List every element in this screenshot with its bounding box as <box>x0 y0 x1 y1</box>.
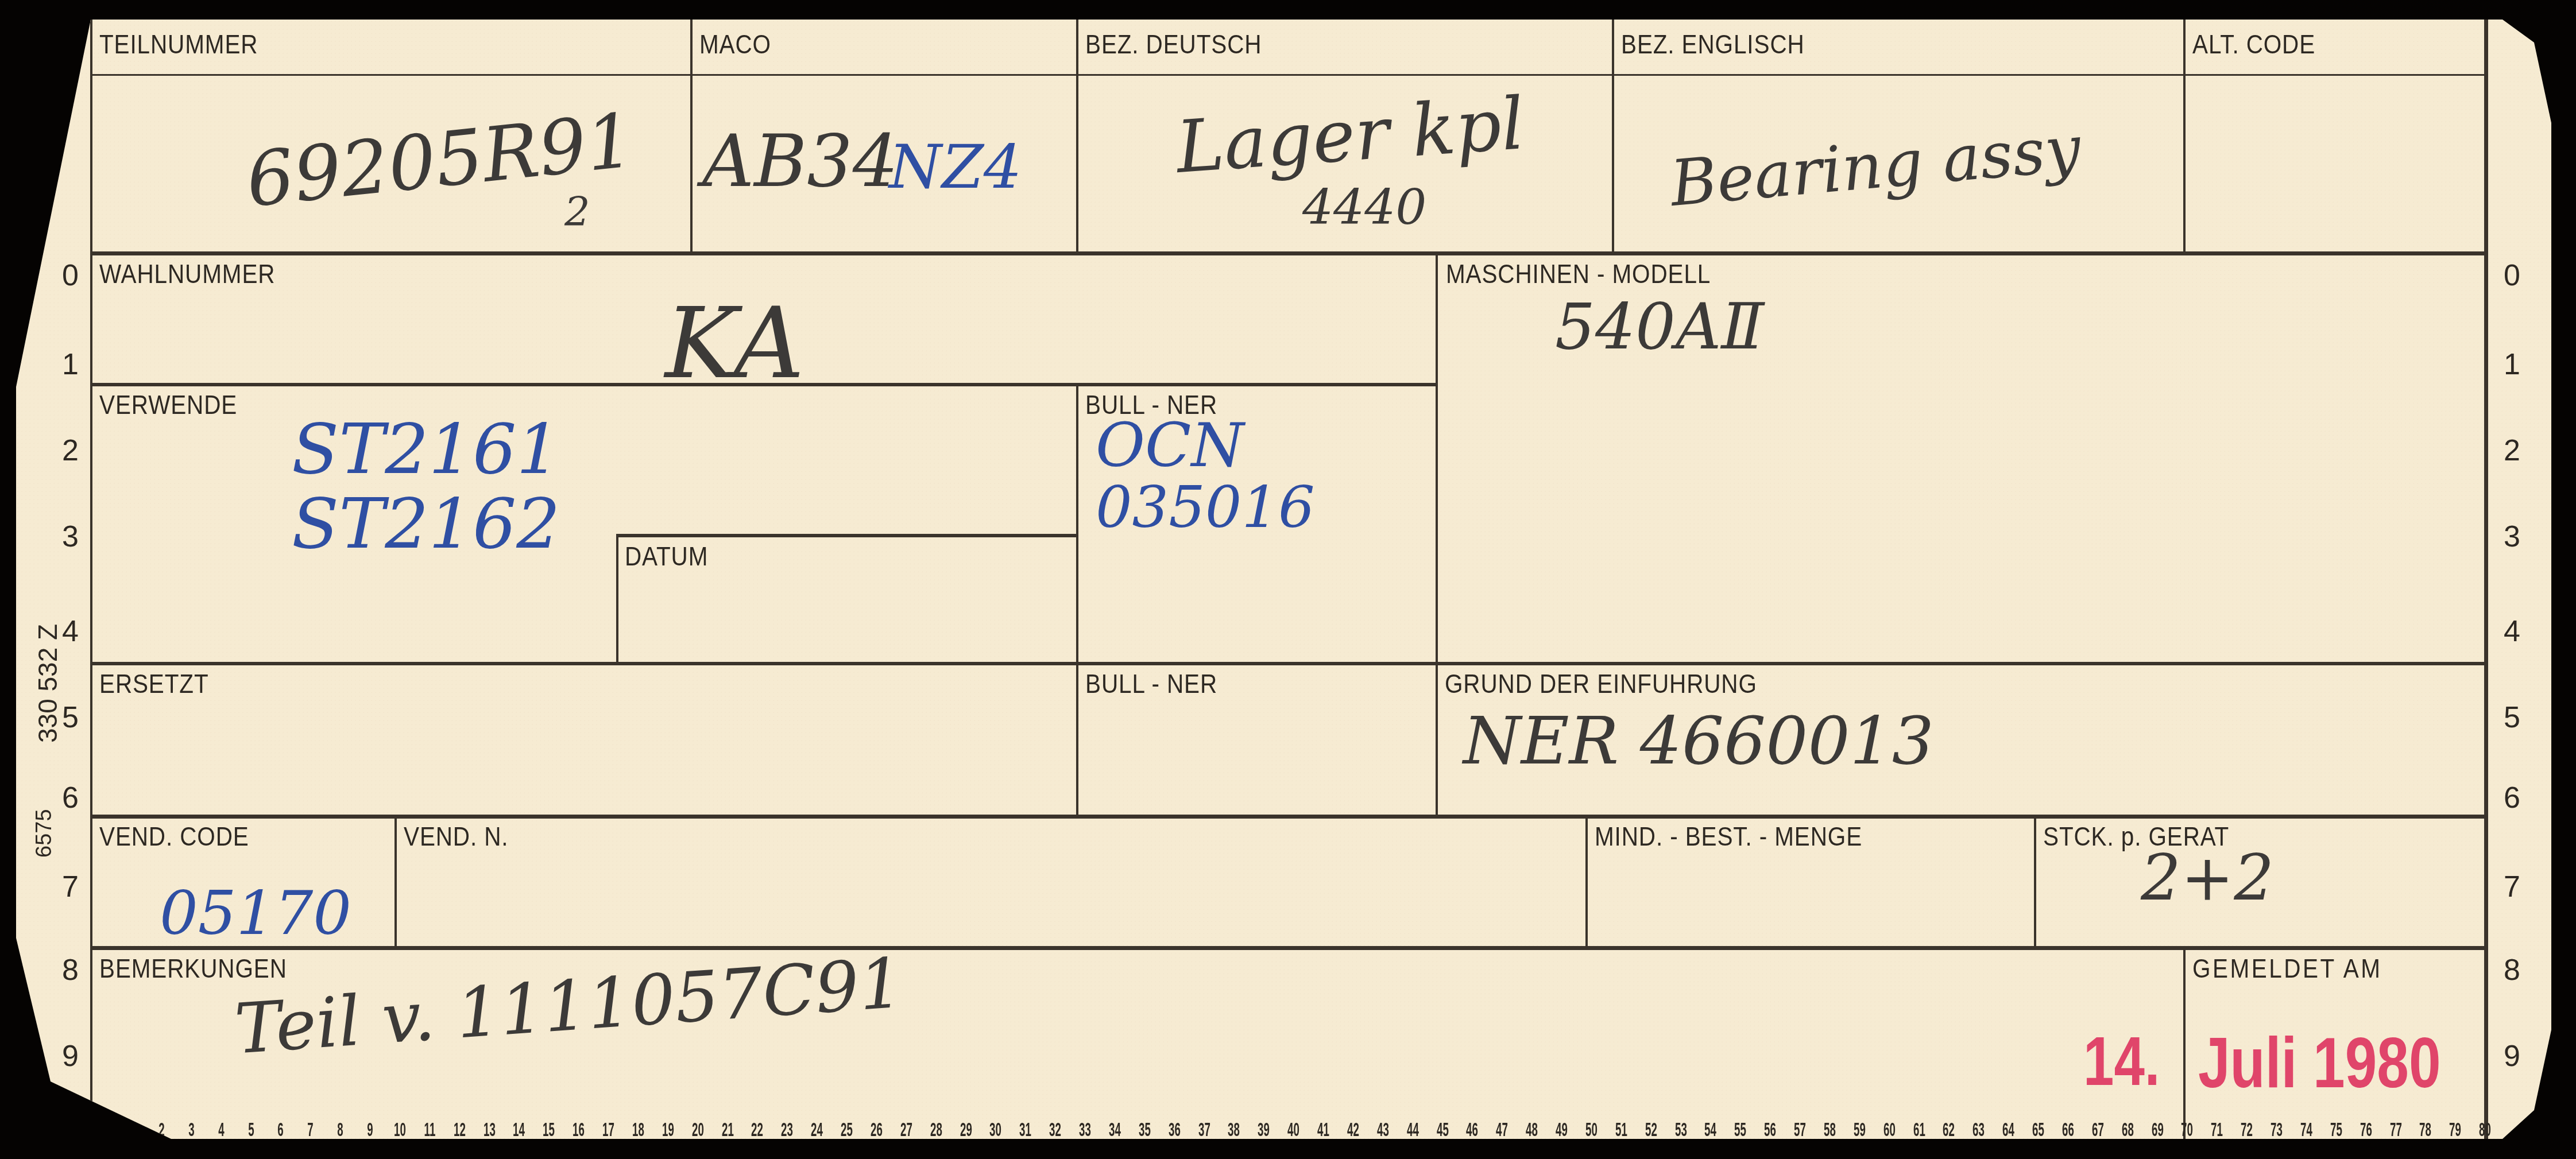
stck-gerat-value: 2+2 <box>2141 846 2274 909</box>
column-number: 60 <box>1881 1119 1897 1141</box>
column-number: 14 <box>511 1119 527 1141</box>
column-number: 20 <box>690 1119 706 1141</box>
column-number: 3 <box>183 1119 199 1141</box>
row-number-left: 8 <box>62 955 79 985</box>
column-number: 61 <box>1911 1119 1927 1141</box>
rule <box>90 74 2485 76</box>
ersetzt-label: ERSETZT <box>99 670 209 697</box>
row-number-left: 0 <box>62 261 79 290</box>
maco-ink-value: NZ4 <box>889 137 1022 197</box>
rule <box>90 815 2485 819</box>
column-number: 49 <box>1553 1119 1569 1141</box>
row-number-right: 7 <box>2504 872 2520 902</box>
column-number: 18 <box>630 1119 646 1141</box>
row-number-left: 2 <box>62 436 79 466</box>
column-number: 59 <box>1851 1119 1867 1141</box>
column-number: 26 <box>868 1119 884 1141</box>
row-number-left: 9 <box>62 1041 79 1071</box>
bez-deutsch-value: Lager kpl <box>1174 88 1526 184</box>
column-number: 67 <box>2090 1119 2106 1141</box>
rule <box>90 946 2485 950</box>
bull-ner-value-1: OCN <box>1096 416 1244 476</box>
row-number-left: 1 <box>62 350 79 379</box>
column-number: 63 <box>1971 1119 1987 1141</box>
column-number: 23 <box>779 1119 795 1141</box>
column-number: 19 <box>660 1119 676 1141</box>
right-frame-line <box>2484 20 2488 1139</box>
column-number: 62 <box>1941 1119 1957 1141</box>
column-number: 22 <box>749 1119 765 1141</box>
maschinen-modell-value: 540AⅡ <box>1555 295 1764 358</box>
column-number: 53 <box>1673 1119 1689 1141</box>
rule <box>90 251 2485 255</box>
row-number-right: 6 <box>2504 783 2520 813</box>
row-number-right: 0 <box>2504 261 2520 290</box>
column-number: 56 <box>1762 1119 1778 1141</box>
column-number: 4 <box>213 1119 229 1141</box>
column-number: 72 <box>2239 1119 2255 1141</box>
column-number: 76 <box>2358 1119 2374 1141</box>
column-number: 73 <box>2268 1119 2284 1141</box>
row-number-right: 3 <box>2504 522 2520 552</box>
teilnummer-label: TEILNUMMER <box>99 31 258 57</box>
column-number: 71 <box>2209 1119 2225 1141</box>
column-number: 6 <box>273 1119 289 1141</box>
bez-deutsch-value-2: 4440 <box>1302 183 1426 232</box>
stamp-day: 14. <box>2083 1027 2160 1096</box>
column-number: 24 <box>809 1119 825 1141</box>
column-number: 50 <box>1583 1119 1599 1141</box>
column-number: 40 <box>1286 1119 1302 1141</box>
column-number: 10 <box>392 1119 408 1141</box>
column-number: 16 <box>571 1119 587 1141</box>
row-number-left: 3 <box>62 522 79 552</box>
alt-code-label: ALT. CODE <box>2192 31 2315 57</box>
column-number: 43 <box>1375 1119 1391 1141</box>
column-number: 47 <box>1494 1119 1510 1141</box>
column-number: 41 <box>1315 1119 1331 1141</box>
column-number: 66 <box>2060 1119 2076 1141</box>
mind-best-menge-label: MIND. - BEST. - MENGE <box>1595 823 1862 850</box>
column-number: 78 <box>2418 1119 2434 1141</box>
column-number: 68 <box>2119 1119 2136 1141</box>
column-number: 51 <box>1613 1119 1629 1141</box>
column-number: 27 <box>898 1119 914 1141</box>
side-print-code: 6575 <box>32 809 57 858</box>
row-number-right: 1 <box>2504 350 2520 379</box>
column-number: 48 <box>1524 1119 1540 1141</box>
column-number: 42 <box>1345 1119 1361 1141</box>
column-number: 2 <box>153 1119 169 1141</box>
vend-code-label: VEND. CODE <box>99 823 249 850</box>
column-number: 17 <box>600 1119 616 1141</box>
datum-label: DATUM <box>625 543 708 569</box>
rule <box>690 20 693 254</box>
column-number: 11 <box>421 1119 438 1141</box>
row-number-right: 2 <box>2504 436 2520 466</box>
row-number-right: 8 <box>2504 955 2520 985</box>
rule <box>1076 20 1078 254</box>
rule <box>2183 20 2186 254</box>
column-number: 57 <box>1792 1119 1808 1141</box>
column-number: 30 <box>988 1119 1004 1141</box>
column-number: 64 <box>2001 1119 2017 1141</box>
column-number: 70 <box>2179 1119 2195 1141</box>
column-number: 45 <box>1434 1119 1451 1141</box>
verwende-value-2: ST2162 <box>292 490 560 559</box>
column-number: 31 <box>1018 1119 1034 1141</box>
column-number: 29 <box>958 1119 974 1141</box>
row-number-right: 9 <box>2504 1041 2520 1071</box>
stamp-month-year: Juli 1980 <box>2198 1027 2441 1099</box>
row-number-right: 5 <box>2504 703 2520 732</box>
column-number: 9 <box>362 1119 378 1141</box>
column-number: 58 <box>1821 1119 1838 1141</box>
bemerkungen-label: BEMERKUNGEN <box>99 955 287 982</box>
bemerkungen-value: Teil v. 1111057C91 <box>233 949 905 1064</box>
bez-deutsch-label: BEZ. DEUTSCH <box>1085 31 1262 57</box>
rule <box>2034 816 2036 948</box>
rule <box>1585 816 1588 948</box>
bull-ner-value-2: 035016 <box>1096 479 1315 536</box>
maco-value: AB34 <box>702 126 898 197</box>
column-number: 35 <box>1136 1119 1152 1141</box>
column-number: 7 <box>303 1119 319 1141</box>
column-number: 15 <box>541 1119 557 1141</box>
column-number: 28 <box>928 1119 944 1141</box>
column-number: 38 <box>1226 1119 1242 1141</box>
column-number: 13 <box>481 1119 497 1141</box>
column-number: 12 <box>451 1119 467 1141</box>
maschinen-modell-label: MASCHINEN - MODELL <box>1446 261 1711 287</box>
column-number: 32 <box>1047 1119 1063 1141</box>
row-number-left: 6 <box>62 783 79 813</box>
rule <box>616 535 618 664</box>
column-number: 54 <box>1703 1119 1719 1141</box>
column-number: 44 <box>1405 1119 1421 1141</box>
bull-ner-label-2: BULL - NER <box>1085 670 1217 697</box>
wahlnummer-value: KA <box>665 295 804 393</box>
left-frame-line <box>90 20 92 1139</box>
bez-englisch-label: BEZ. ENGLISCH <box>1621 31 1805 57</box>
column-number: 8 <box>332 1119 349 1141</box>
rule <box>1076 385 1078 816</box>
maco-label: MACO <box>699 31 771 57</box>
rule <box>1436 254 1438 816</box>
column-number: 75 <box>2328 1119 2344 1141</box>
parts-index-card: TEILNUMMER MACO BEZ. DEUTSCH BEZ. ENGLIS… <box>16 20 2551 1139</box>
verwende-value-1: ST2161 <box>292 416 560 484</box>
column-number: 34 <box>1107 1119 1123 1141</box>
vend-code-value: 05170 <box>160 883 351 944</box>
column-number: 74 <box>2298 1119 2314 1141</box>
grund-value: NER 4660013 <box>1463 708 1934 774</box>
column-number: 37 <box>1196 1119 1212 1141</box>
column-number: 46 <box>1464 1119 1480 1141</box>
column-number: 36 <box>1166 1119 1182 1141</box>
column-number: 39 <box>1256 1119 1272 1141</box>
column-number: 5 <box>243 1119 259 1141</box>
row-number-right: 4 <box>2504 617 2520 646</box>
column-number: 79 <box>2447 1119 2463 1141</box>
column-number: 80 <box>2477 1119 2493 1141</box>
vend-n-label: VEND. N. <box>404 823 508 850</box>
column-number: 55 <box>1732 1119 1749 1141</box>
column-number: 21 <box>720 1119 736 1141</box>
row-number-left: 7 <box>62 872 79 902</box>
column-number: 52 <box>1643 1119 1659 1141</box>
column-number: 1 <box>123 1119 140 1141</box>
side-print-form-number: 330 532 Z <box>32 624 63 743</box>
column-number: 77 <box>2388 1119 2404 1141</box>
column-number: 25 <box>838 1119 854 1141</box>
row-number-left: 4 <box>62 617 79 646</box>
wahlnummer-label: WAHLNUMMER <box>99 261 275 287</box>
teilnummer-subscript: 2 <box>564 192 590 232</box>
verwende-label: VERWENDE <box>99 391 237 418</box>
rule <box>616 534 1076 537</box>
rule <box>394 816 397 948</box>
grund-label: GRUND DER EINFUHRUNG <box>1445 670 1757 697</box>
column-number-strip: 1234567891011121314151617181920212223242… <box>117 1119 2500 1141</box>
rule <box>2183 948 2186 1139</box>
rule <box>90 662 2485 665</box>
column-number: 65 <box>2030 1119 2046 1141</box>
column-number: 69 <box>2149 1119 2165 1141</box>
column-number: 33 <box>1077 1119 1093 1141</box>
gemeldet-am-label: GEMELDET AM <box>2192 955 2382 982</box>
rule <box>1612 20 1614 254</box>
row-number-left: 5 <box>62 703 79 732</box>
bez-englisch-value: Bearing assy <box>1668 117 2083 215</box>
